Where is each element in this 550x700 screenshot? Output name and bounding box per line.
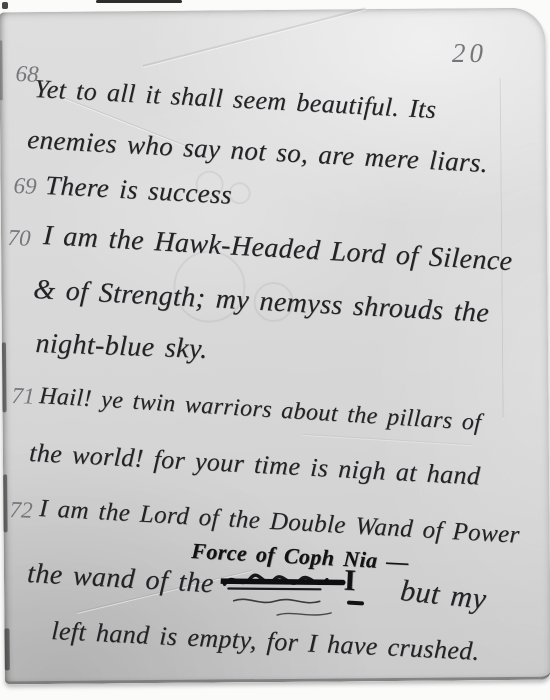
paper-crease [303, 434, 473, 445]
verse-number-72: 72 [9, 498, 33, 522]
torn-edge-mark [4, 628, 9, 670]
torn-edge-mark [2, 342, 7, 412]
photo-corner-mark [2, 2, 8, 9]
torn-edge-mark [3, 474, 8, 532]
verse-number-70: 70 [7, 226, 31, 250]
page-number: 20 [452, 40, 487, 67]
correction-mark: I [343, 566, 356, 597]
verse-number-71: 71 [11, 384, 35, 408]
correction-mark-underbar [347, 601, 364, 606]
torn-edge-mark [0, 40, 3, 100]
paper-crease [143, 7, 366, 67]
verse-number-69: 69 [13, 174, 37, 198]
verse-70-line-3: night-blue sky. [35, 330, 208, 364]
photo-edge-line [96, 0, 182, 3]
photo-background: 20 68 Yet to all it shall seem beautiful… [0, 0, 550, 700]
